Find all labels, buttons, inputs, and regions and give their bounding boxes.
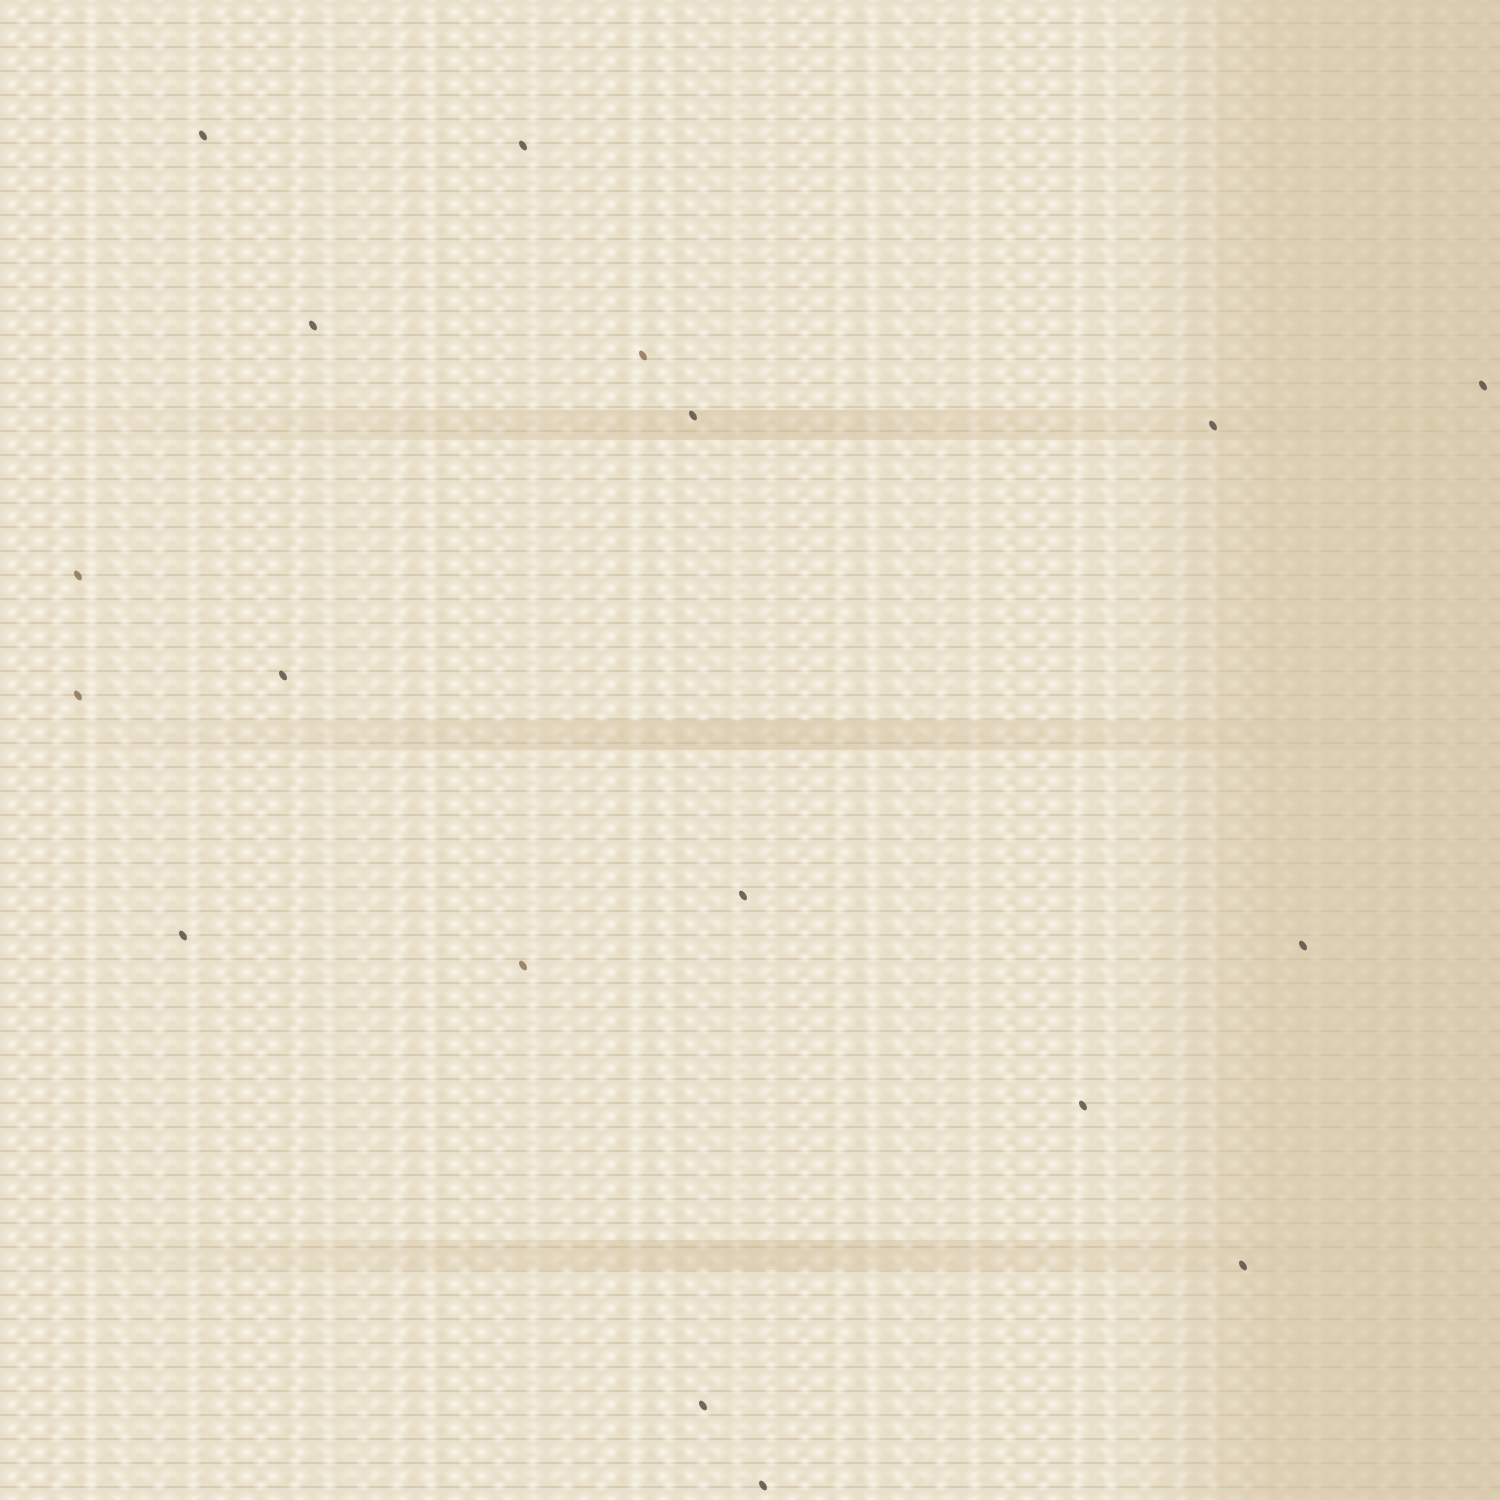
fiber-fleck <box>72 689 83 701</box>
fiber-fleck <box>1077 1099 1088 1111</box>
fiber-fleck <box>72 569 83 581</box>
fiber-fleck <box>197 129 208 141</box>
fiber-fleck <box>277 669 288 681</box>
fiber-fleck <box>757 1479 768 1491</box>
fiber-fleck <box>697 1399 708 1411</box>
felted-right-region <box>1120 0 1500 1500</box>
wool-rug-texture <box>0 0 1500 1500</box>
fiber-fleck <box>517 959 528 971</box>
fiber-fleck <box>517 139 528 151</box>
fiber-fleck <box>637 349 648 361</box>
fiber-fleck <box>307 319 318 331</box>
fiber-fleck <box>737 889 748 901</box>
fiber-fleck <box>177 929 188 941</box>
